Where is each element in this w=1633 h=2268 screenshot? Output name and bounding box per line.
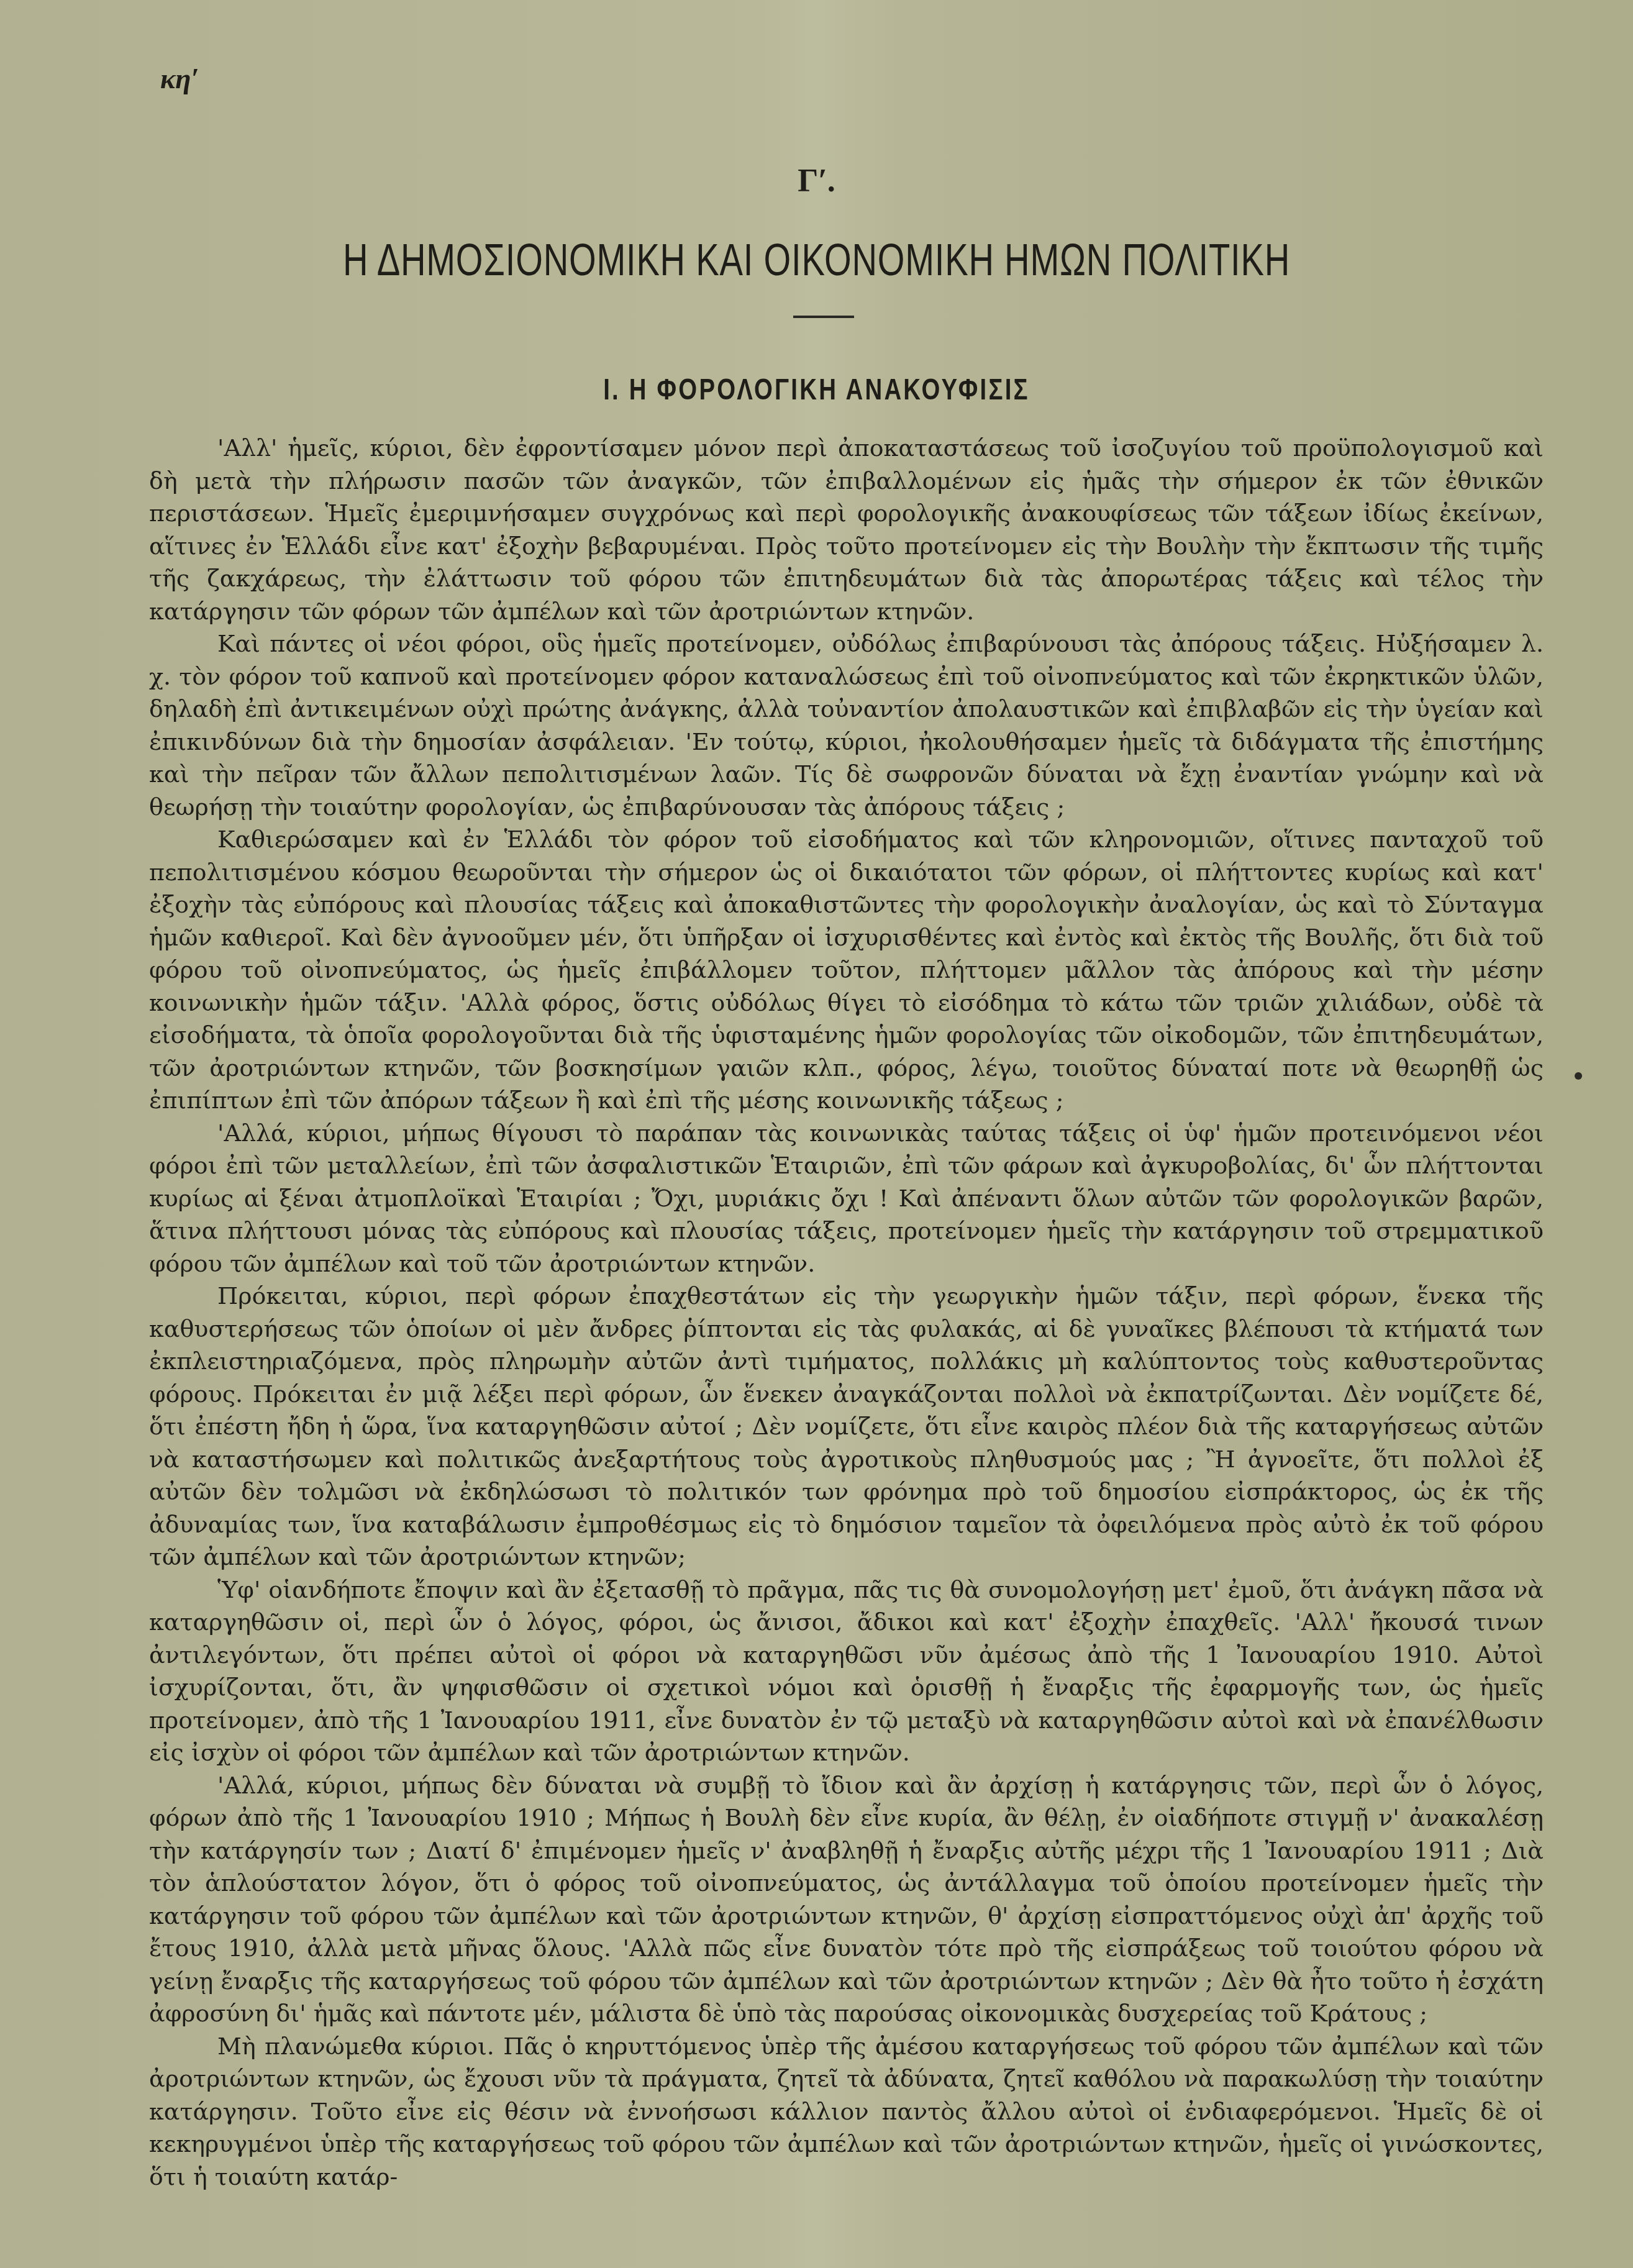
paragraph: Πρόκειται, κύριοι, περὶ φόρων ἐπαχθεστάτ… <box>149 1280 1544 1573</box>
paragraph: Ὑφ' οἱανδήποτε ἔποψιν καὶ ἂν ἐξετασθῇ τὸ… <box>149 1573 1544 1769</box>
page-title: Η ΔΗΜΟΣΙΟΝΟΜΙΚΗ ΚΑΙ ΟΙΚΟΝΟΜΙΚΗ ΗΜΩΝ ΠΟΛΙ… <box>180 235 1453 286</box>
ink-spot <box>1575 1072 1582 1080</box>
paragraph: 'Αλλ' ἡμεῖς, κύριοι, δὲν ἐφροντίσαμεν μό… <box>149 432 1544 627</box>
page-number: κη′ <box>160 62 199 95</box>
section-title: Ι. Η ΦΟΡΟΛΟΓΙΚΗ ΑΝΑΚΟΥΦΙΣΙΣ <box>163 373 1470 407</box>
paragraph: 'Αλλά, κύριοι, μήπως δὲν δύναται νὰ συμβ… <box>149 1769 1544 2030</box>
title-divider <box>793 316 854 318</box>
chapter-mark: Γ′. <box>0 163 1633 199</box>
paragraph: Καὶ πάντες οἱ νέοι φόροι, οὓς ἡμεῖς προτ… <box>149 627 1544 823</box>
paragraph: Καθιερώσαμεν καὶ ἐν Ἑλλάδι τὸν φόρον τοῦ… <box>149 823 1544 1117</box>
paragraph: Μὴ πλανώμεθα κύριοι. Πᾶς ὁ κηρυττόμενος … <box>149 2030 1544 2193</box>
body-text: 'Αλλ' ἡμεῖς, κύριοι, δὲν ἐφροντίσαμεν μό… <box>149 432 1544 2193</box>
paragraph: 'Αλλά, κύριοι, μήπως θίγουσι τὸ παράπαν … <box>149 1117 1544 1280</box>
